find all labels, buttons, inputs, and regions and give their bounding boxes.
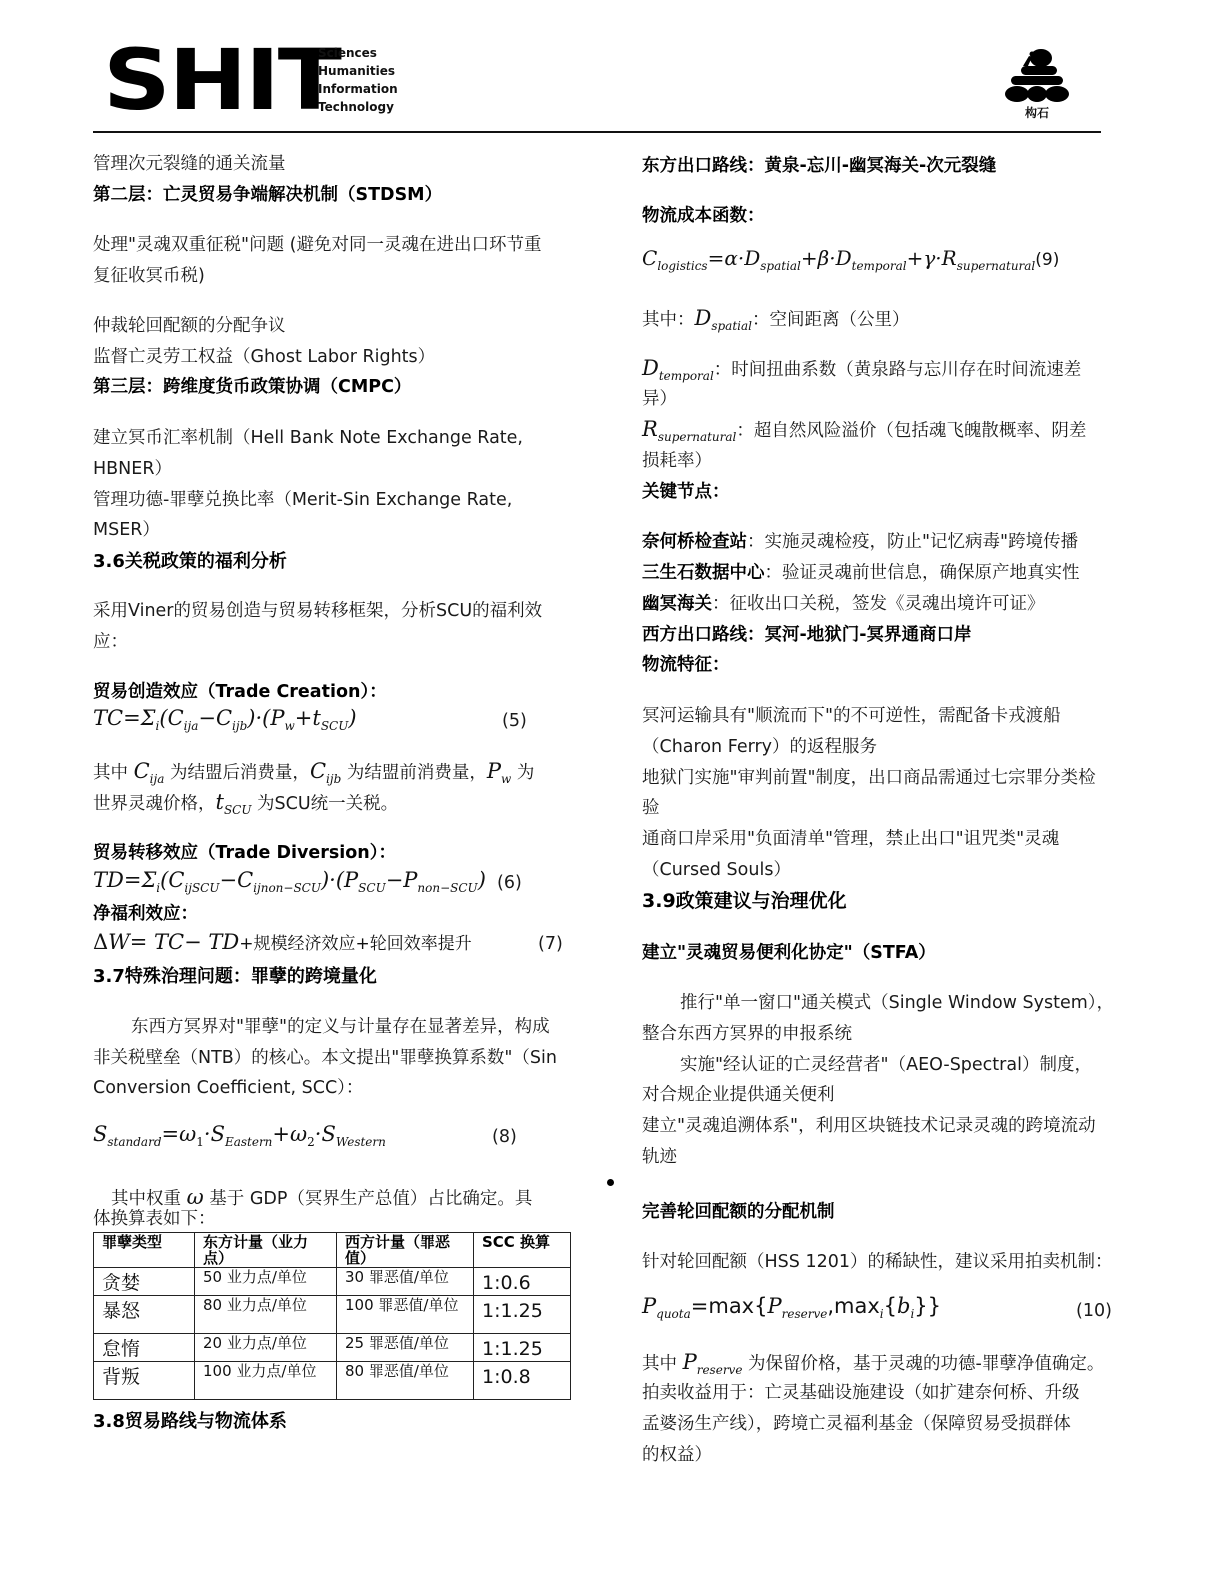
definition-text: ：超自然风险溢价（包括魂飞魄散概率、阴差	[736, 421, 1086, 441]
table-cell: 1:1.25	[474, 1334, 571, 1362]
section-heading-3-9: 3.9政策建议与治理优化	[642, 886, 847, 917]
key-nodes-title: 关键节点：	[642, 477, 730, 508]
quota-title: 完善轮回配额的分配机制	[642, 1197, 835, 1228]
net-welfare-title: 净福利效应：	[93, 899, 198, 930]
paragraph: 世界灵魂价格，tSCU 为SCU统一关税。	[93, 787, 398, 826]
equation-number: (8)	[492, 1122, 517, 1153]
key-node-name: 三生石数据中心	[642, 563, 765, 583]
definition-temporal: Dtemporal：时间扭曲系数（黄泉路与忘川存在时间流速差	[642, 353, 1081, 392]
definition-spatial: 其中：Dspatial：空间距离（公里）	[642, 303, 910, 342]
table-cell: 80 业力点/单位	[195, 1296, 337, 1334]
boulder-pile-icon	[1003, 44, 1071, 104]
key-node-item: 奈何桥检查站：实施灵魂检疫，防止"记忆病毒"跨境传播	[642, 527, 1078, 558]
paragraph: 拍卖收益用于：亡灵基础设施建设（如扩建奈何桥、升级	[642, 1378, 1080, 1409]
paragraph: 的权益）	[642, 1440, 712, 1471]
logo-subtitle-line: Humanities	[318, 62, 398, 80]
paragraph: 地狱门实施"审判前置"制度，出口商品需通过七宗罪分类检	[642, 763, 1096, 794]
text-body: 为保留价格，基于灵魂的功德-罪孽净值确定。	[748, 1354, 1104, 1374]
table-header: 罪孽类型	[94, 1233, 195, 1268]
key-node-item: 幽冥海关：征收出口关税，签发《灵魂出境许可证》	[642, 589, 1045, 620]
key-node-desc: ：征收出口关税，签发《灵魂出境许可证》	[712, 594, 1045, 614]
table-header: 西方计量（罪恶值）	[337, 1233, 474, 1268]
paragraph: 监督亡灵劳工权益（Ghost Labor Rights）	[93, 342, 435, 373]
paragraph: 非关税壁垒（NTB）的核心。本文提出"罪孽换算系数"（Sin	[93, 1043, 557, 1074]
paragraph: 对合规企业提供通关便利	[642, 1080, 835, 1111]
table-cell: 80 罪恶值/单位	[337, 1362, 474, 1400]
text-prefix: 其中	[642, 1354, 677, 1374]
list-bullet	[607, 1179, 614, 1186]
equation-7: ΔW= TC− TD+规模经济效应+轮回效率提升	[93, 929, 472, 954]
definition-prefix: 其中：	[642, 310, 695, 330]
table-header: SCC 换算	[474, 1233, 571, 1268]
table-cell: 暴怒	[94, 1296, 195, 1334]
table-header-row: 罪孽类型 东方计量（业力点） 西方计量（罪恶值） SCC 换算	[94, 1233, 571, 1268]
paragraph: 轨迹	[642, 1142, 677, 1173]
sin-conversion-table: 罪孽类型 东方计量（业力点） 西方计量（罪恶值） SCC 换算 贪婪 50 业力…	[93, 1232, 571, 1400]
equation-5: TC=Σi(Cija−Cijb)·(Pw+tSCU)	[93, 706, 357, 733]
key-node-desc: ：实施灵魂检疫，防止"记忆病毒"跨境传播	[747, 532, 1078, 552]
table-cell: 20 业力点/单位	[195, 1334, 337, 1362]
table-cell: 贪婪	[94, 1268, 195, 1296]
paragraph: 损耗率）	[642, 446, 712, 477]
section-heading-3-7: 3.7特殊治理问题：罪孽的跨境量化	[93, 961, 377, 992]
table-cell: 25 罪恶值/单位	[337, 1334, 474, 1362]
paragraph: 建立"灵魂追溯体系"，利用区块链技术记录灵魂的跨境流动	[642, 1111, 1096, 1142]
subheading-layer2: 第二层：亡灵贸易争端解决机制（STDSM）	[93, 180, 442, 211]
paragraph: 复征收冥币税)	[93, 261, 205, 292]
journal-logo-subtitle: Sciences Humanities Information Technolo…	[318, 44, 398, 116]
key-node-name: 幽冥海关	[642, 594, 712, 614]
paragraph: Conversion Coefficient, SCC）：	[93, 1073, 363, 1104]
paragraph: 冥河运输具有"顺流而下"的不可逆性，需配备卡戎渡船	[642, 701, 1061, 732]
journal-logo: SHIT	[103, 40, 340, 120]
definition-text: ：空间距离（公里）	[752, 310, 910, 330]
table-cell: 1:0.6	[474, 1268, 571, 1296]
paragraph: 实施"经认证的亡灵经营者"（AEO-Spectral）制度，	[680, 1050, 1092, 1081]
paragraph: 应：	[93, 627, 128, 658]
emblem-label: 构石	[1003, 104, 1071, 121]
section-heading-3-6: 3.6关税政策的福利分析	[93, 546, 287, 577]
equation-10: Pquota=max{Preserve,maxi{bi}}	[642, 1294, 941, 1321]
paragraph: （Cursed Souls）	[642, 855, 791, 886]
paragraph: （Charon Ferry）的返程服务	[642, 732, 877, 763]
stfa-title: 建立"灵魂贸易便利化协定"（STFA）	[642, 938, 936, 969]
paragraph: 针对轮回配额（HSS 1201）的稀缺性，建议采用拍卖机制：	[642, 1247, 1112, 1278]
equation-number: (6)	[497, 868, 522, 899]
table-row: 暴怒 80 业力点/单位 100 罪恶值/单位 1:1.25	[94, 1296, 571, 1334]
table-header: 东方计量（业力点）	[195, 1233, 337, 1268]
table-cell: 100 罪恶值/单位	[337, 1296, 474, 1334]
paragraph: 采用Viner的贸易创造与贸易转移框架，分析SCU的福利效	[93, 596, 542, 627]
equation-6: TD=Σi(CijSCU−Cijnon−SCU)·(PSCU−Pnon−SCU)	[93, 868, 486, 895]
logistics-features-title: 物流特征：	[642, 650, 730, 681]
paragraph: 整合东西方冥界的申报系统	[642, 1019, 852, 1050]
equation-number: (10)	[1076, 1296, 1112, 1327]
paragraph: 管理次元裂缝的通关流量	[93, 149, 286, 180]
sisyphus-emblem: 构石	[1003, 44, 1071, 120]
west-route-title: 西方出口路线：冥河-地狱门-冥界通商口岸	[642, 620, 972, 651]
equation-8: Sstandard=ω1·SEastern+ω2·SWestern	[93, 1122, 386, 1149]
section-heading-3-8: 3.8贸易路线与物流体系	[93, 1406, 287, 1437]
subheading-layer3: 第三层：跨维度货币政策协调（CMPC）	[93, 372, 411, 403]
table-row: 怠惰 20 业力点/单位 25 罪恶值/单位 1:1.25	[94, 1334, 571, 1362]
key-node-item: 三生石数据中心：验证灵魂前世信息，确保原产地真实性	[642, 558, 1080, 589]
paragraph: 管理功德-罪孽兑换比率（Merit-Sin Exchange Rate,	[93, 485, 512, 516]
logo-subtitle-line: Information	[318, 80, 398, 98]
paragraph: MSER）	[93, 515, 160, 546]
cost-function-title: 物流成本函数：	[642, 201, 765, 232]
table-cell: 100 业力点/单位	[195, 1362, 337, 1400]
table-cell: 背叛	[94, 1362, 195, 1400]
table-cell: 怠惰	[94, 1334, 195, 1362]
paragraph: 处理"灵魂双重征税"问题 (避免对同一灵魂在进出口环节重	[93, 230, 542, 261]
paragraph: 建立冥币汇率机制（Hell Bank Note Exchange Rate,	[93, 423, 523, 454]
paragraph: 东西方冥界对"罪孽"的定义与计量存在显著差异，构成	[131, 1012, 550, 1043]
paragraph: 体换算表如下：	[93, 1205, 216, 1233]
equation-number: (7)	[538, 929, 563, 960]
paragraph: 通商口岸采用"负面清单"管理，禁止出口"诅咒类"灵魂	[642, 824, 1059, 855]
key-node-name: 奈何桥检查站	[642, 532, 747, 552]
logo-subtitle-line: Technology	[318, 98, 398, 116]
paragraph: 异）	[642, 384, 677, 415]
paragraph: 推行"单一窗口"通关模式（Single Window System），	[680, 988, 1114, 1019]
table-cell: 30 罪恶值/单位	[337, 1268, 474, 1296]
paragraph: 仲裁轮回配额的分配争议	[93, 311, 286, 342]
trade-creation-title: 贸易创造效应（Trade Creation）：	[93, 677, 387, 708]
equation-9: Clogistics=α·Dspatial+β·Dtemporal+γ·Rsup…	[642, 246, 1059, 273]
paragraph: 孟婆汤生产线），跨境亡灵福利基金（保障贸易受损群体	[642, 1409, 1071, 1440]
paragraph: 验	[642, 793, 660, 824]
table-row: 贪婪 50 业力点/单位 30 罪恶值/单位 1:0.6	[94, 1268, 571, 1296]
table-cell: 50 业力点/单位	[195, 1268, 337, 1296]
table-cell: 1:1.25	[474, 1296, 571, 1334]
key-node-desc: ：验证灵魂前世信息，确保原产地真实性	[765, 563, 1080, 583]
table-row: 背叛 100 业力点/单位 80 罪恶值/单位 1:0.8	[94, 1362, 571, 1400]
table-cell: 1:0.8	[474, 1362, 571, 1400]
definition-text: ：时间扭曲系数（黄泉路与忘川存在时间流速差	[714, 360, 1082, 380]
paragraph: HBNER）	[93, 454, 172, 485]
header-rule	[93, 131, 1101, 133]
equation-number: (5)	[502, 706, 527, 737]
logo-subtitle-line: Sciences	[318, 44, 398, 62]
trade-diversion-title: 贸易转移效应（Trade Diversion）：	[93, 838, 396, 869]
east-route-title: 东方出口路线：黄泉-忘川-幽冥海关-次元裂缝	[642, 151, 996, 182]
